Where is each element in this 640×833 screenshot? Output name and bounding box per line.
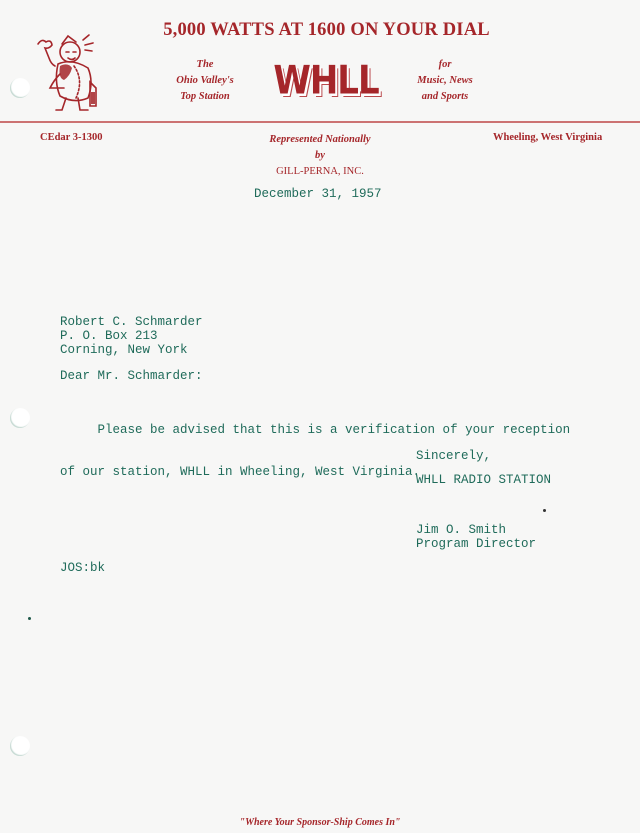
ink-speck [28,617,31,620]
tagline-right: for Music, News and Sports [405,57,485,105]
ink-speck [543,509,546,512]
punch-hole [10,78,30,98]
national-representation: Represented Nationally by GILL-PERNA, IN… [240,132,400,180]
station-logo: WHLL [270,55,382,108]
letterhead-headline: 5,000 WATTS AT 1600 ON YOUR DIAL [154,20,499,41]
letterhead-divider [0,121,640,123]
tagline-right-line: for [405,57,485,73]
closing: Sincerely, [416,449,491,463]
organization-name: WHLL RADIO STATION [416,473,551,487]
representation-line: Represented Nationally [240,132,400,148]
letter-body: Please be advised that this is a verific… [60,395,600,507]
phone-number: CEdar 3-1300 [40,132,103,143]
tagline-left-line: Top Station [165,89,245,105]
recipient-line: Robert C. Schmarder [60,315,203,329]
salutation: Dear Mr. Schmarder: [60,369,203,383]
tagline-right-line: Music, News [405,73,485,89]
station-location: Wheeling, West Virginia [493,132,602,143]
tagline-left: The Ohio Valley's Top Station [165,57,245,105]
signature-block: Jim O. Smith Program Director [416,523,536,551]
recipient-address: Robert C. Schmarder P. O. Box 213 Cornin… [60,315,203,357]
representation-line: by [240,148,400,164]
signer-name: Jim O. Smith [416,523,536,537]
tagline-right-line: and Sports [405,89,485,105]
signer-title: Program Director [416,537,536,551]
footer-slogan: "Where Your Sponsor-Ship Comes In" [0,817,640,828]
tagline-left-line: The [165,57,245,73]
cartoon-mascot-icon [30,30,120,116]
recipient-line: Corning, New York [60,343,203,357]
tagline-left-line: Ohio Valley's [165,73,245,89]
letter-date: December 31, 1957 [254,187,382,201]
recipient-line: P. O. Box 213 [60,329,203,343]
body-line: Please be advised that this is a verific… [60,423,600,437]
representative-company: GILL-PERNA, INC. [240,164,400,180]
reference-initials: JOS:bk [60,561,105,575]
punch-hole [10,736,30,756]
punch-hole [10,408,30,428]
